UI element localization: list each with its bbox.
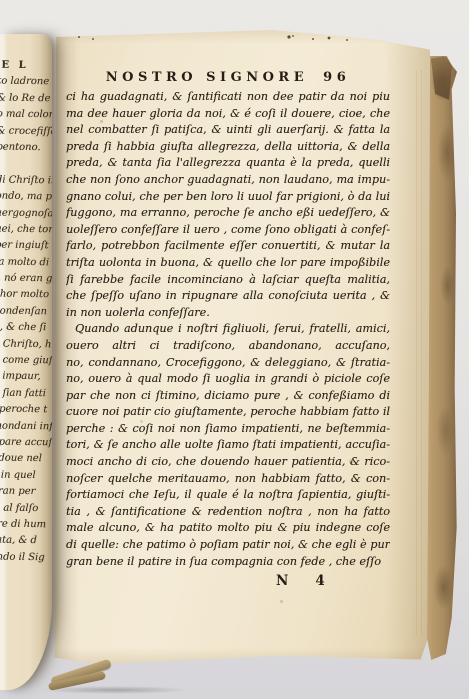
fragment-line: & crocefiſſo, c bbox=[0, 123, 52, 140]
book-photo: NOSTRO SIGNORE 96 ci ha guadagnati, & ſa… bbox=[0, 0, 469, 699]
fragment-line: ando il Sig bbox=[0, 549, 52, 566]
body-text: ci ha guadagnati, & ſantificati non dee … bbox=[66, 89, 390, 570]
body-line: ma dee hauer gloria da noi, & é coſi il … bbox=[66, 106, 390, 123]
fragment-line: mondani inf bbox=[0, 418, 52, 435]
body-line: moci ancho di cio, che douendo hauer pat… bbox=[66, 454, 390, 471]
fragment-line: uergognoſa, d bbox=[0, 205, 52, 222]
running-head-title: NOSTRO SIGNORE bbox=[106, 70, 308, 85]
body-line: ci ha guadagnati, & ſantificati non dee … bbox=[66, 89, 390, 106]
gathering-signature: N 4 bbox=[66, 573, 390, 589]
fragment-line: & al falſo bbox=[0, 500, 52, 517]
body-line: noſcer quelche meritauamo, non habbiam f… bbox=[66, 471, 390, 488]
running-head: NOSTRO SIGNORE 96 bbox=[66, 70, 390, 86]
fragment-line: e in quel bbox=[0, 467, 52, 484]
body-line: fuggono, ma erranno, peroche ſe ancho eß… bbox=[66, 205, 390, 222]
fragment-line: ſa molto di bbox=[0, 254, 52, 271]
ink-specks bbox=[78, 36, 80, 38]
body-line: farlo, potrebbon facilmente eſſer conuer… bbox=[66, 238, 390, 255]
fragment-line: per ingiuſt bbox=[0, 238, 52, 255]
body-line: cuore noi patir cio giuſtamente, peroche… bbox=[66, 404, 390, 421]
body-line: in non uolerla confeſſare. bbox=[66, 305, 390, 322]
fragment-line: pentono. bbox=[0, 139, 52, 156]
fragment-line: gran per bbox=[0, 484, 52, 501]
body-line: tori, & ſe ancho alle uolte ſiamo ſtati … bbox=[66, 437, 390, 454]
fragment-line: & lo Re de gi bbox=[0, 90, 52, 107]
fragment-line: a impaur, bbox=[0, 369, 52, 386]
body-line: preda ſi habbia giuſta allegrezza, della… bbox=[66, 139, 390, 156]
body-line: male alcuno, & ha patito molto piu & piu… bbox=[66, 520, 390, 537]
page-fore-edge-lines bbox=[412, 70, 426, 636]
fragment-line: i, nó eran gi bbox=[0, 271, 52, 288]
text-block: NOSTRO SIGNORE 96 ci ha guadagnati, & ſa… bbox=[66, 70, 390, 589]
fragment-line: ore di hum bbox=[0, 516, 52, 533]
fragment-line: o, & che ſi bbox=[0, 320, 52, 337]
body-line: che ſpeſſo uſano in ripugnare alla conoſ… bbox=[66, 288, 390, 305]
page-number: 96 bbox=[323, 70, 350, 85]
body-line: no, condannano, Crocefiggono, & deleggia… bbox=[66, 355, 390, 372]
fragment-line: , peroche t bbox=[0, 402, 52, 419]
fragment-line: E L bbox=[0, 58, 52, 75]
body-line: par che non ci ſtimino, diciamo pure , &… bbox=[66, 388, 390, 405]
body-line: Quando adunque i noſtri figliuoli, ſerui… bbox=[66, 321, 390, 338]
vellum-tie bbox=[46, 660, 116, 694]
body-line: perche : & coſi noi non ſiamo impatienti… bbox=[66, 421, 390, 438]
previous-page-text-fragments: E Lto ladrone , fat& lo Re de gio mal co… bbox=[0, 58, 52, 567]
fragment-line: chor molto bbox=[0, 287, 52, 304]
signature-letter: N bbox=[276, 573, 288, 589]
fragment-line: to ladrone , fat bbox=[0, 74, 52, 91]
body-line: nel combatter ſi patiſca, & uinti gli au… bbox=[66, 122, 390, 139]
fragment-line: , doue nel bbox=[0, 451, 52, 468]
body-line: di quelle: che patimo ò poſiam patir noi… bbox=[66, 537, 390, 554]
previous-page-edge: E Lto ladrone , fat& lo Re de gio mal co… bbox=[0, 34, 52, 690]
fragment-line bbox=[0, 156, 52, 173]
body-line: uoleſſero confeſſare il uero , come ſono… bbox=[66, 222, 390, 239]
body-line: fortiamoci che Ieſu, il quale é la noſtr… bbox=[66, 487, 390, 504]
body-line: no, ouero à qual modo ſi uoglia in grand… bbox=[66, 371, 390, 388]
body-line: che non ſono anchor guadagnati, non laud… bbox=[66, 172, 390, 189]
fragment-line: , pare accuſ bbox=[0, 434, 52, 451]
body-line: gnano colui, che per ben loro li uuol fa… bbox=[66, 189, 390, 206]
fragment-line: uei, che torm bbox=[0, 221, 52, 238]
fragment-line: n ſian fatti bbox=[0, 385, 52, 402]
body-line: triſta uolonta in buona, & quello che lo… bbox=[66, 255, 390, 272]
fragment-line: ondo, ma piu bbox=[0, 189, 52, 206]
fragment-line: di Chriſto in bbox=[0, 172, 52, 189]
fragment-line: condenſan bbox=[0, 303, 52, 320]
body-line: ſi farebbe facile incominciano à laſciar… bbox=[66, 272, 390, 289]
body-line: tia , & ſantificatione & redention noſtr… bbox=[66, 504, 390, 521]
fragment-line: o Chriſto, hu bbox=[0, 336, 52, 353]
body-line: ouero altri ci tradiſcono, abandonano, a… bbox=[66, 338, 390, 355]
fragment-line: zata, & d bbox=[0, 533, 52, 550]
fragment-line: o mal colora, g bbox=[0, 107, 52, 124]
body-line: preda, & tanta ſia l'allegrezza quanta è… bbox=[66, 155, 390, 172]
body-line: gran bene il patire in ſua compagnia con… bbox=[66, 554, 390, 571]
fragment-line: o come giuſt bbox=[0, 353, 52, 370]
signature-number: 4 bbox=[315, 573, 324, 589]
